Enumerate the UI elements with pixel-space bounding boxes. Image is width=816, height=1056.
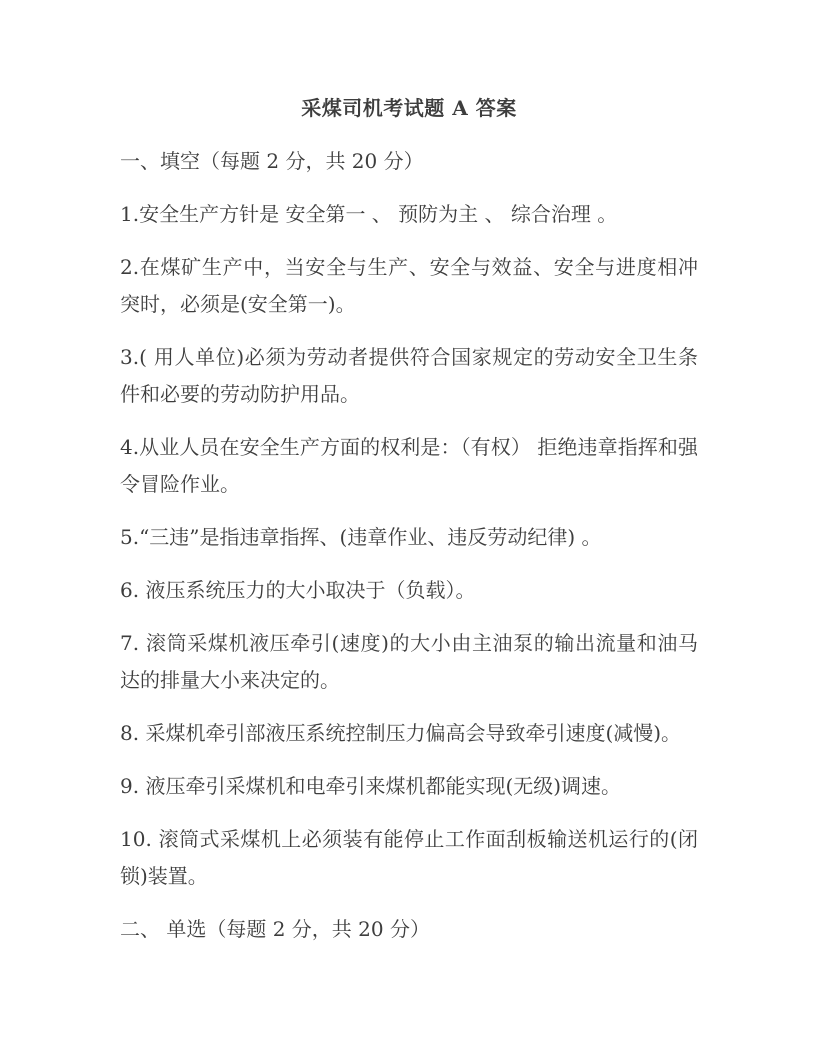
fill-item-3-line-2: 件和必要的劳动防护用品。 xyxy=(120,376,698,413)
fill-item-10-line-1: 10. 滚筒式采煤机上必须装有能停止工作面刮板输送机运行的(闭 xyxy=(120,821,698,858)
section-single-choice-heading-text: 二、 单选（每题 2 分，共 20 分） xyxy=(120,911,698,948)
fill-item-1-line-1: 1.安全生产方针是 安全第一 、 预防为主 、 综合治理 。 xyxy=(120,196,698,233)
fill-item-2-line-1: 2.在煤矿生产中，当安全与生产、安全与效益、安全与进度相冲 xyxy=(120,249,698,286)
fill-item-3-line-1: 3.( 用人单位)必须为劳动者提供符合国家规定的劳动安全卫生条 xyxy=(120,339,698,376)
fill-item-4-line-2: 令冒险作业。 xyxy=(120,466,698,503)
fill-item-10-line-2: 锁)装置。 xyxy=(120,858,698,895)
fill-item-8-line-1: 8. 采煤机牵引部液压系统控制压力偏高会导致牵引速度(减慢)。 xyxy=(120,715,698,752)
fill-item-9: 9. 液压牵引采煤机和电牵引来煤机都能实现(无级)调速。 xyxy=(120,768,698,805)
fill-item-4: 4.从业人员在安全生产方面的权利是：（有权） 拒绝违章指挥和强 令冒险作业。 xyxy=(120,429,698,503)
fill-item-6-line-1: 6. 液压系统压力的大小取决于（负载）。 xyxy=(120,572,698,609)
fill-item-1: 1.安全生产方针是 安全第一 、 预防为主 、 综合治理 。 xyxy=(120,196,698,233)
fill-item-5: 5.“三违”是指违章指挥、(违章作业、违反劳动纪律) 。 xyxy=(120,519,698,556)
fill-item-2-line-2: 突时，必须是(安全第一)。 xyxy=(120,286,698,323)
fill-item-8: 8. 采煤机牵引部液压系统控制压力偏高会导致牵引速度(减慢)。 xyxy=(120,715,698,752)
section-fill-heading-text: 一、填空（每题 2 分，共 20 分） xyxy=(120,143,698,180)
exam-document-page: 采煤司机考试题 A 答案 一、填空（每题 2 分，共 20 分） 1.安全生产方… xyxy=(0,0,816,1056)
section-fill-heading: 一、填空（每题 2 分，共 20 分） xyxy=(120,143,698,180)
fill-item-7: 7. 滚筒采煤机液压牵引(速度)的大小由主油泵的输出流量和油马 达的排量大小来决… xyxy=(120,625,698,699)
fill-item-2: 2.在煤矿生产中，当安全与生产、安全与效益、安全与进度相冲 突时，必须是(安全第… xyxy=(120,249,698,323)
fill-item-5-line-1: 5.“三违”是指违章指挥、(违章作业、违反劳动纪律) 。 xyxy=(120,519,698,556)
fill-item-9-line-1: 9. 液压牵引采煤机和电牵引来煤机都能实现(无级)调速。 xyxy=(120,768,698,805)
section-single-choice-heading: 二、 单选（每题 2 分，共 20 分） xyxy=(120,911,698,948)
fill-item-7-line-2: 达的排量大小来决定的。 xyxy=(120,662,698,699)
fill-item-10: 10. 滚筒式采煤机上必须装有能停止工作面刮板输送机运行的(闭 锁)装置。 xyxy=(120,821,698,895)
document-title: 采煤司机考试题 A 答案 xyxy=(120,90,698,127)
fill-item-3: 3.( 用人单位)必须为劳动者提供符合国家规定的劳动安全卫生条 件和必要的劳动防… xyxy=(120,339,698,413)
fill-item-4-line-1: 4.从业人员在安全生产方面的权利是：（有权） 拒绝违章指挥和强 xyxy=(120,429,698,466)
fill-item-7-line-1: 7. 滚筒采煤机液压牵引(速度)的大小由主油泵的输出流量和油马 xyxy=(120,625,698,662)
fill-item-6: 6. 液压系统压力的大小取决于（负载）。 xyxy=(120,572,698,609)
